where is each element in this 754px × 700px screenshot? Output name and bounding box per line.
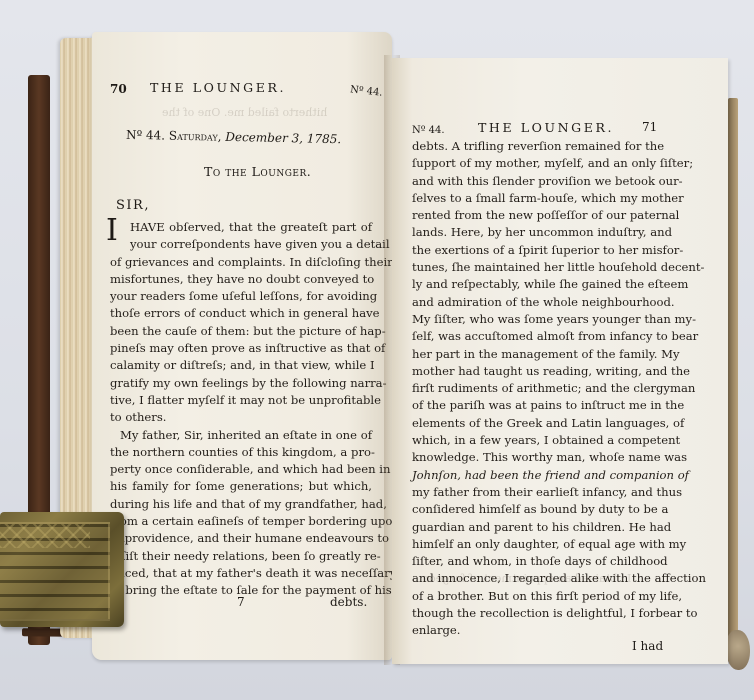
left-catchword: debts. xyxy=(330,595,367,609)
text-line: thoſe errors of conduct which in general… xyxy=(110,305,372,322)
text-line: knowledge. This worthy man, whoſe name w… xyxy=(412,449,660,466)
text-line: of a brother. But on this firſt period o… xyxy=(412,588,660,605)
text-line: the exertions of a ſpirit ſuperior to he… xyxy=(412,242,660,259)
text-line: mother had taught us reading, writing, a… xyxy=(412,363,660,380)
text-line: during his life and that of my grandfath… xyxy=(110,496,372,513)
salutation: SIR, xyxy=(116,198,150,213)
left-folio: 70 xyxy=(110,82,127,96)
text-line: HAVE obſerved, that the greateſt part of xyxy=(110,219,372,236)
bookend-lattice-pattern xyxy=(0,524,90,548)
text-line: though the recollection is delightful, I… xyxy=(412,605,660,622)
cover-right-edge xyxy=(728,98,738,638)
text-line: perty once conſiderable, and which had b… xyxy=(110,461,372,478)
text-line: tunes, ſhe maintained her little houſeho… xyxy=(412,259,660,276)
right-body-text: debts. A trifling reverſion remained for… xyxy=(412,138,660,640)
text-line: and with this ſlender proviſion we betoo… xyxy=(412,173,660,190)
right-catchword: I had xyxy=(632,639,663,653)
issue-day: Saturday, xyxy=(169,129,222,144)
issue-date: December 3, 1785. xyxy=(225,130,341,146)
show-through-text: I obtained an appointment of ſurgeon xyxy=(422,570,631,587)
text-line: improvidence, and their humane endeavour… xyxy=(110,530,372,547)
left-number-mark: Nº 44. xyxy=(350,84,384,98)
text-line: himſelf an only daughter, of equal age w… xyxy=(412,536,660,553)
text-line: lands. Here, by her uncommon induſtry, a… xyxy=(412,224,660,241)
text-line: aſſiſt their needy relations, been ſo gr… xyxy=(110,548,372,565)
text-line: calamity or diſtreſs; and, in that view,… xyxy=(110,357,372,374)
text-line: enlarge. xyxy=(412,622,660,639)
text-line: My ſiſter, who was ſome years younger th… xyxy=(412,311,660,328)
text-line: conſidered himſelf as bound by duty to b… xyxy=(412,501,660,518)
text-line: the northern counties of this kingdom, a… xyxy=(110,444,372,461)
text-line: debts. A trifling reverſion remained for… xyxy=(412,138,660,155)
text-line: of grievances and complaints. In diſcloſ… xyxy=(110,254,372,271)
text-line: firſt rudiments of arithmetic; and the c… xyxy=(412,380,660,397)
text-line: ſelves to a ſmall farm-houſe, which my m… xyxy=(412,190,660,207)
left-body-text: HAVE obſerved, that the greateſt part of… xyxy=(110,219,372,600)
text-line: ſiſter, and whom, in thoſe days of child… xyxy=(412,553,660,570)
text-line: elements of the Greek and Latin language… xyxy=(412,415,660,432)
book-photo-scene: hitherto failed me. One of the 70 THE LO… xyxy=(0,0,754,700)
text-line: pineſs may often prove as inſtructive as… xyxy=(110,340,372,357)
text-line: my father from their earlieſt infancy, a… xyxy=(412,484,660,501)
text-line: his family for ſome generations; but whi… xyxy=(110,478,372,495)
show-through-text: hitherto failed me. One of the xyxy=(162,104,327,121)
text-line: misfortunes, they have no doubt conveyed… xyxy=(110,271,372,288)
text-line: gratify my own feelings by the following… xyxy=(110,375,372,392)
right-running-head: THE LOUNGER. xyxy=(478,120,614,135)
text-line: tive, I flatter myſelf it may not be unp… xyxy=(110,392,372,409)
text-line: guardian and parent to his children. He … xyxy=(412,519,660,536)
text-line: My father, Sir, inherited an eſtate in o… xyxy=(110,427,372,444)
text-line: which, in a few years, I obtained a comp… xyxy=(412,432,660,449)
left-running-head: THE LOUNGER. xyxy=(150,80,286,95)
issue-heading: Nº 44. Saturday, December 3, 1785. xyxy=(126,128,341,147)
issue-number: Nº 44. xyxy=(126,128,165,143)
right-number-mark: Nº 44. xyxy=(412,125,445,136)
text-line: of the pariſh was at pains to inſtruct m… xyxy=(412,397,660,414)
text-line: been the cauſe of them: but the picture … xyxy=(110,323,372,340)
left-page: hitherto failed me. One of the 70 THE LO… xyxy=(92,32,392,660)
ribbon-marker xyxy=(726,630,750,670)
text-line: ſelf, was accuſtomed almoſt from infancy… xyxy=(412,328,660,345)
brass-bookend xyxy=(0,512,124,627)
text-line: from a certain eaſineſs of temper border… xyxy=(110,513,372,530)
text-line: rented from the new poſſeſſor of our pat… xyxy=(412,207,660,224)
right-page: Nº 44. THE LOUNGER. 71 debts. A trifling… xyxy=(392,58,728,664)
text-line: your correſpondents have given you a det… xyxy=(110,236,372,253)
text-line: your readers ſome uſeful leſſons, for av… xyxy=(110,288,372,305)
text-line: to others. xyxy=(110,409,372,426)
text-line: Johnſon, had been the friend and compani… xyxy=(412,467,660,484)
right-folio: 71 xyxy=(642,120,657,134)
text-line: duced, that at my father's death it was … xyxy=(110,565,372,582)
text-line: ſupport of my mother, myſelf, and an onl… xyxy=(412,155,660,172)
text-line: her part in the management of the family… xyxy=(412,346,660,363)
text-line: and admiration of the whole neighbourhoo… xyxy=(412,294,660,311)
text-line: ly and reſpectably, while ſhe gained the… xyxy=(412,276,660,293)
signature-mark: 7 xyxy=(237,595,245,609)
addressee-line: To the Lounger. xyxy=(204,164,311,179)
